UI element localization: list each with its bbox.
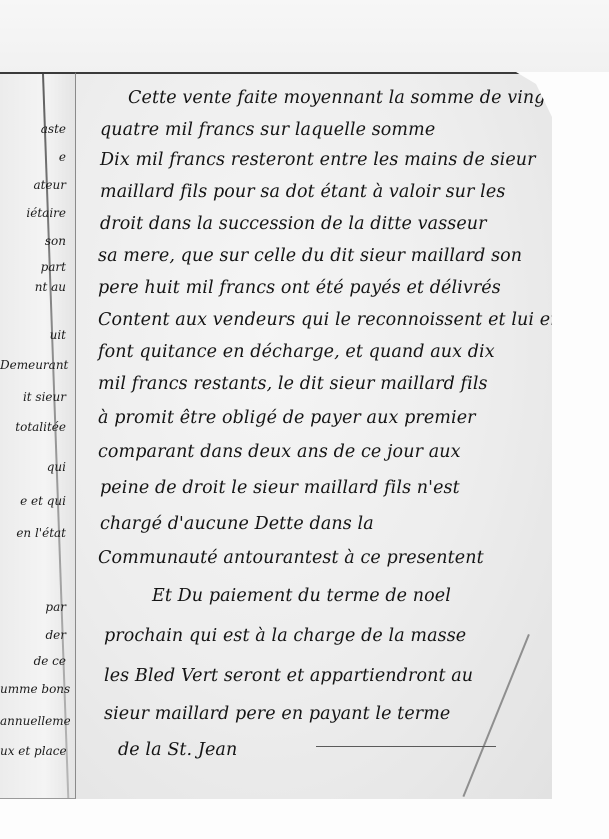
manuscript-line: mil francs restants, le dit sieur mailla… <box>98 374 488 394</box>
left-fragment-line: e et qui <box>0 494 70 508</box>
scanned-document: aste e ateur iétaire son part nt au uit … <box>0 0 609 839</box>
left-fragment-line: it sieur <box>0 390 70 404</box>
manuscript-line: quatre mil francs sur laquelle somme <box>100 120 435 140</box>
page-fold-crease <box>462 634 529 797</box>
left-fragment-line: par <box>0 600 70 614</box>
left-fragment-line: aste <box>0 122 70 136</box>
left-fragment-line: qui <box>0 460 70 474</box>
manuscript-line: maillard fils pour sa dot étant à valoir… <box>100 182 505 202</box>
manuscript-line: sieur maillard pere en payant le terme <box>104 704 450 724</box>
closing-rule-line <box>316 746 496 747</box>
manuscript-line: peine de droit le sieur maillard fils n'… <box>100 478 460 498</box>
left-fragment-line: Demeurant <box>0 358 70 372</box>
manuscript-line: droit dans la succession de la ditte vas… <box>100 214 487 234</box>
manuscript-line: Cette vente faite moyennant la somme de … <box>128 88 553 108</box>
left-page-fragment: aste e ateur iétaire son part nt au uit … <box>0 72 76 799</box>
manuscript-line: les Bled Vert seront et appartiendront a… <box>104 666 473 686</box>
manuscript-line: chargé d'aucune Dette dans la <box>100 514 374 534</box>
left-fragment-line: umme bons <box>0 682 70 696</box>
left-fragment-line: uit <box>0 328 70 342</box>
manuscript-line: de la St. Jean <box>118 740 237 760</box>
manuscript-line: pere huit mil francs ont été payés et dé… <box>98 278 501 298</box>
manuscript-line: Content aux vendeurs qui le reconnoissen… <box>98 310 562 330</box>
manuscript-line: prochain qui est à la charge de la masse <box>104 626 466 646</box>
left-fragment-line: part <box>0 260 70 274</box>
manuscript-line: Et Du paiement du terme de noel <box>152 586 451 606</box>
left-fragment-line: en l'état <box>0 526 70 540</box>
left-fragment-line: son <box>0 234 70 248</box>
left-fragment-line: ateur <box>0 178 70 192</box>
manuscript-line: comparant dans deux ans de ce jour aux <box>98 442 461 462</box>
manuscript-line: à promit être obligé de payer aux premie… <box>98 408 476 428</box>
left-fragment-line: de ce <box>0 654 70 668</box>
left-fragment-line: e <box>0 150 70 164</box>
manuscript-line: Dix mil francs resteront entre les mains… <box>100 150 536 170</box>
manuscript-page: Cette vente faite moyennant la somme de … <box>76 72 552 799</box>
manuscript-line: font quitance en décharge, et quand aux … <box>98 342 495 362</box>
manuscript-line: Communauté antourantest à ce presentent <box>98 548 484 568</box>
left-fragment-line: totalitée <box>0 420 70 434</box>
left-fragment-line: ux et place <box>0 744 70 758</box>
scanner-backing <box>0 0 609 72</box>
left-fragment-line: annuellement <box>0 714 70 728</box>
left-fragment-line: nt au <box>0 280 70 294</box>
left-fragment-line: iétaire <box>0 206 70 220</box>
manuscript-line: sa mere, que sur celle du dit sieur mail… <box>98 246 522 266</box>
left-fragment-line: der <box>0 628 70 642</box>
